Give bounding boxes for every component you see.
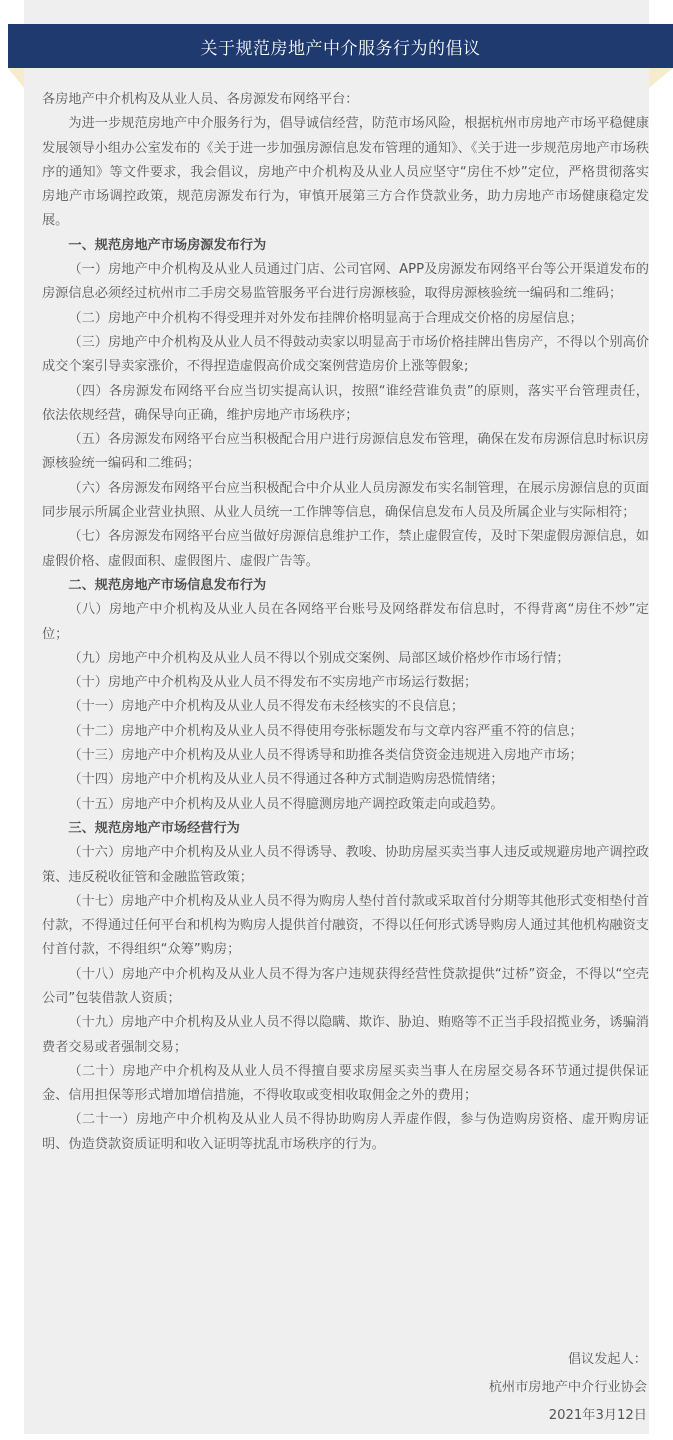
clause-19: （十九）房地产中介机构及从业人员不得以隐瞒、欺诈、胁迫、贿赂等不正当手段招揽业务… — [42, 1011, 649, 1060]
section-heading-2: 二、规范房地产市场信息发布行为 — [42, 574, 649, 598]
title-banner: 关于规范房地产中介服务行为的倡议 — [8, 24, 673, 68]
signature-block: 倡议发起人： 杭州市房地产中介行业协会 2021年3月12日 — [489, 1346, 647, 1430]
clause-1: （一）房地产中介机构及从业人员通过门店、公司官网、APP及房源发布网络平台等公开… — [42, 258, 649, 307]
clause-13: （十三）房地产中介机构及从业人员不得诱导和助推各类信贷资金违规进入房地产市场； — [42, 744, 649, 768]
clause-20: （二十）房地产中介机构及从业人员不得擅自要求房屋买卖当事人在房屋交易各环节通过提… — [42, 1060, 649, 1109]
signature-label: 倡议发起人： — [489, 1346, 647, 1374]
clause-11: （十一）房地产中介机构及从业人员不得发布未经核实的不良信息； — [42, 695, 649, 719]
signature-date: 2021年3月12日 — [489, 1402, 647, 1430]
clause-17: （十七）房地产中介机构及从业人员不得为购房人垫付首付款或采取首付分期等其他形式变… — [42, 890, 649, 963]
clause-18: （十八）房地产中介机构及从业人员不得为客户违规获得经营性贷款提供“过桥”资金，不… — [42, 963, 649, 1012]
clause-9: （九）房地产中介机构及从业人员不得以个别成交案例、局部区域价格炒作市场行情； — [42, 647, 649, 671]
clause-3: （三）房地产中介机构及从业人员不得鼓动卖家以明显高于市场价格挂牌出售房产，不得以… — [42, 331, 649, 380]
clause-2: （二）房地产中介机构不得受理并对外发布挂牌价格明显高于合理成交价格的房屋信息； — [42, 307, 649, 331]
decorative-accent-left — [8, 68, 24, 88]
document-body: 各房地产中介机构及从业人员、各房源发布网络平台： 为进一步规范房地产中介服务行为… — [42, 88, 649, 1157]
clause-10: （十）房地产中介机构及从业人员不得发布不实房地产市场运行数据； — [42, 671, 649, 695]
clause-7: （七）各房源发布网络平台应当做好房源信息维护工作，禁止虚假宣传，及时下架虚假房源… — [42, 525, 649, 574]
clause-21: （二十一）房地产中介机构及从业人员不得协助购房人弄虚作假，参与伪造购房资格、虚开… — [42, 1108, 649, 1157]
clause-5: （五）各房源发布网络平台应当积极配合用户进行房源信息发布管理，确保在发布房源信息… — [42, 428, 649, 477]
clause-16: （十六）房地产中介机构及从业人员不得诱导、教唆、协助房屋买卖当事人违反或规避房地… — [42, 841, 649, 890]
clause-12: （十二）房地产中介机构及从业人员不得使用夸张标题发布与文章内容严重不符的信息； — [42, 720, 649, 744]
section-heading-1: 一、规范房地产市场房源发布行为 — [42, 234, 649, 258]
clause-8: （八）房地产中介机构及从业人员在各网络平台账号及网络群发布信息时，不得背离“房住… — [42, 598, 649, 647]
clause-15: （十五）房地产中介机构及从业人员不得臆测房地产调控政策走向或趋势。 — [42, 793, 649, 817]
page-title: 关于规范房地产中介服务行为的倡议 — [201, 34, 481, 59]
decorative-accent-right — [649, 68, 673, 88]
intro-paragraph: 为进一步规范房地产中介服务行为，倡导诚信经营，防范市场风险，根据杭州市房地产市场… — [42, 112, 649, 233]
salutation: 各房地产中介机构及从业人员、各房源发布网络平台： — [42, 88, 649, 112]
clause-14: （十四）房地产中介机构及从业人员不得通过各种方式制造购房恐慌情绪； — [42, 768, 649, 792]
clause-6: （六）各房源发布网络平台应当积极配合中介从业人员房源发布实名制管理，在展示房源信… — [42, 477, 649, 526]
clause-4: （四）各房源发布网络平台应当切实提高认识，按照“谁经营谁负责”的原则，落实平台管… — [42, 380, 649, 429]
signature-organization: 杭州市房地产中介行业协会 — [489, 1374, 647, 1402]
section-heading-3: 三、规范房地产市场经营行为 — [42, 817, 649, 841]
